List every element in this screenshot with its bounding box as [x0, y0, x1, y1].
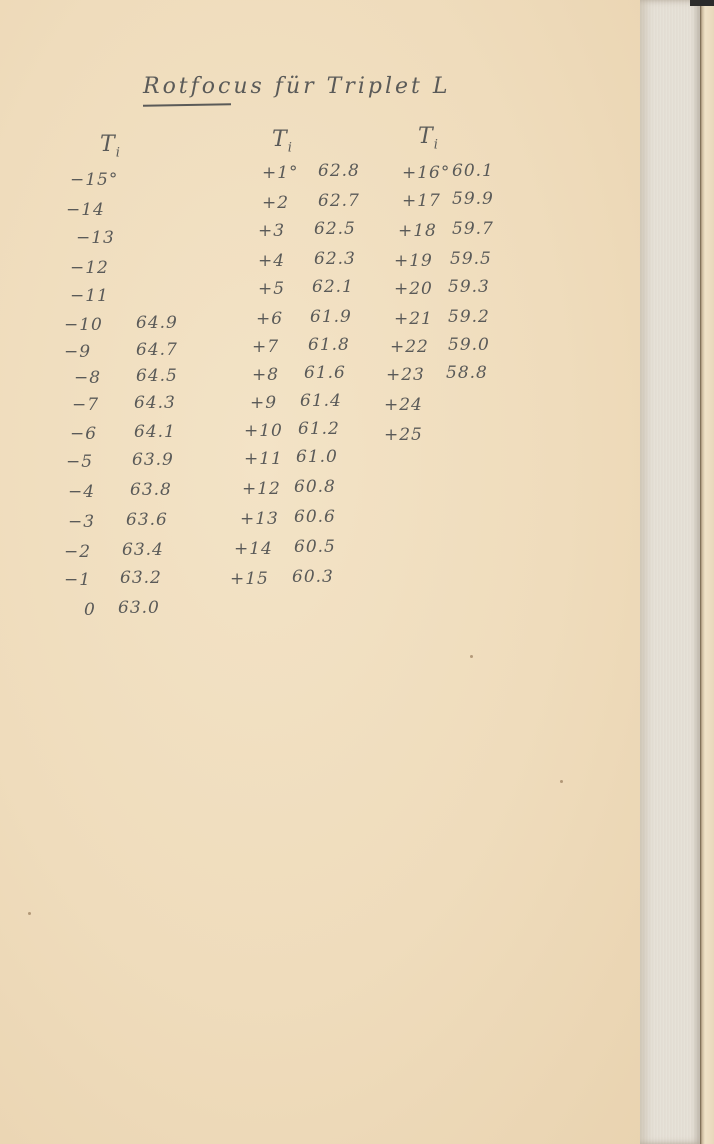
header-subscript: i — [116, 145, 121, 160]
temperature-cell: +9 — [250, 393, 277, 413]
temperature-cell: +24 — [384, 395, 423, 415]
focus-value-cell: 64.5 — [136, 366, 178, 386]
temperature-cell: +12 — [242, 479, 281, 499]
focus-value-cell: 62.1 — [312, 277, 354, 297]
focus-value-cell: 62.3 — [314, 249, 356, 269]
temperature-cell: +20 — [394, 279, 433, 299]
temperature-cell: −12 — [70, 258, 109, 278]
temperature-cell: +18 — [398, 221, 437, 241]
focus-value-cell: 63.8 — [130, 480, 172, 500]
temperature-cell: −13 — [76, 228, 115, 248]
focus-value-cell: 64.3 — [134, 393, 176, 413]
page-edge — [700, 0, 714, 1144]
temperature-cell: −11 — [70, 286, 109, 306]
focus-value-cell: 59.2 — [448, 307, 490, 327]
header-letter: T — [272, 127, 288, 152]
focus-value-cell: 63.0 — [118, 598, 160, 618]
temperature-cell: +11 — [244, 449, 283, 469]
focus-value-cell: 61.2 — [298, 419, 340, 439]
focus-value-cell: 59.3 — [448, 277, 490, 297]
header-letter: T — [418, 124, 434, 149]
temperature-cell: −3 — [68, 512, 95, 532]
temperature-cell: −1 — [64, 570, 91, 590]
temperature-cell: +15 — [230, 569, 269, 589]
focus-value-cell: 63.6 — [126, 510, 168, 530]
temperature-cell: −6 — [70, 424, 97, 444]
focus-value-cell: 62.5 — [314, 219, 356, 239]
focus-value-cell: 61.9 — [310, 307, 352, 327]
temperature-cell: 0 — [84, 600, 96, 620]
temperature-cell: +6 — [256, 309, 283, 329]
header-subscript: i — [434, 137, 439, 152]
focus-value-cell: 60.3 — [292, 567, 334, 587]
column-header-1: Ti — [100, 132, 121, 160]
paper-speck — [470, 655, 473, 658]
temperature-cell: +10 — [244, 421, 283, 441]
focus-value-cell: 58.8 — [446, 363, 488, 383]
focus-value-cell: 60.8 — [294, 477, 336, 497]
temperature-cell: +13 — [240, 509, 279, 529]
temperature-cell: −14 — [66, 200, 105, 220]
focus-value-cell: 59.7 — [452, 219, 494, 239]
focus-value-cell: 59.5 — [450, 249, 492, 269]
focus-value-cell: 61.4 — [300, 391, 342, 411]
header-letter: T — [100, 132, 116, 157]
focus-value-cell: 60.1 — [452, 161, 494, 181]
corner-shadow — [690, 0, 714, 6]
paper-speck — [28, 912, 31, 915]
temperature-cell: −9 — [64, 342, 91, 362]
focus-value-cell: 61.0 — [296, 447, 338, 467]
temperature-cell: +3 — [258, 221, 285, 241]
focus-value-cell: 63.4 — [122, 540, 164, 560]
focus-value-cell: 60.6 — [294, 507, 336, 527]
temperature-cell: +17 — [402, 191, 441, 211]
focus-value-cell: 62.7 — [318, 191, 360, 211]
temperature-cell: +25 — [384, 425, 423, 445]
focus-value-cell: 64.7 — [136, 340, 178, 360]
temperature-cell: −15° — [70, 170, 118, 190]
focus-value-cell: 63.2 — [120, 568, 162, 588]
temperature-cell: +2 — [262, 193, 289, 213]
temperature-cell: +7 — [252, 337, 279, 357]
header-subscript: i — [288, 140, 293, 155]
temperature-cell: +1° — [262, 163, 299, 183]
focus-value-cell: 60.5 — [294, 537, 336, 557]
temperature-cell: −10 — [64, 315, 103, 335]
title-underline — [143, 103, 231, 107]
focus-value-cell: 61.8 — [308, 335, 350, 355]
temperature-cell: −2 — [64, 542, 91, 562]
column-header-3: Ti — [418, 124, 439, 152]
temperature-cell: +5 — [258, 279, 285, 299]
temperature-cell: +19 — [394, 251, 433, 271]
temperature-cell: +23 — [386, 365, 425, 385]
focus-value-cell: 62.8 — [318, 161, 360, 181]
temperature-cell: +8 — [252, 365, 279, 385]
notebook-page: Rotfocus für Triplet L Ti Ti Ti −15°−14−… — [0, 0, 650, 1144]
column-header-2: Ti — [272, 127, 293, 155]
temperature-cell: +14 — [234, 539, 273, 559]
temperature-cell: −7 — [72, 395, 99, 415]
temperature-cell: −4 — [68, 482, 95, 502]
focus-value-cell: 63.9 — [132, 450, 174, 470]
focus-value-cell: 59.9 — [452, 189, 494, 209]
page-title: Rotfocus für Triplet L — [143, 74, 450, 99]
paper-speck — [560, 780, 563, 783]
temperature-cell: +16° — [402, 163, 450, 183]
focus-value-cell: 61.6 — [304, 363, 346, 383]
focus-value-cell: 59.0 — [448, 335, 490, 355]
temperature-cell: +22 — [390, 337, 429, 357]
temperature-cell: +4 — [258, 251, 285, 271]
book-gutter — [640, 0, 702, 1144]
temperature-cell: +21 — [394, 309, 433, 329]
temperature-cell: −8 — [74, 368, 101, 388]
focus-value-cell: 64.1 — [134, 422, 176, 442]
temperature-cell: −5 — [66, 452, 93, 472]
focus-value-cell: 64.9 — [136, 313, 178, 333]
